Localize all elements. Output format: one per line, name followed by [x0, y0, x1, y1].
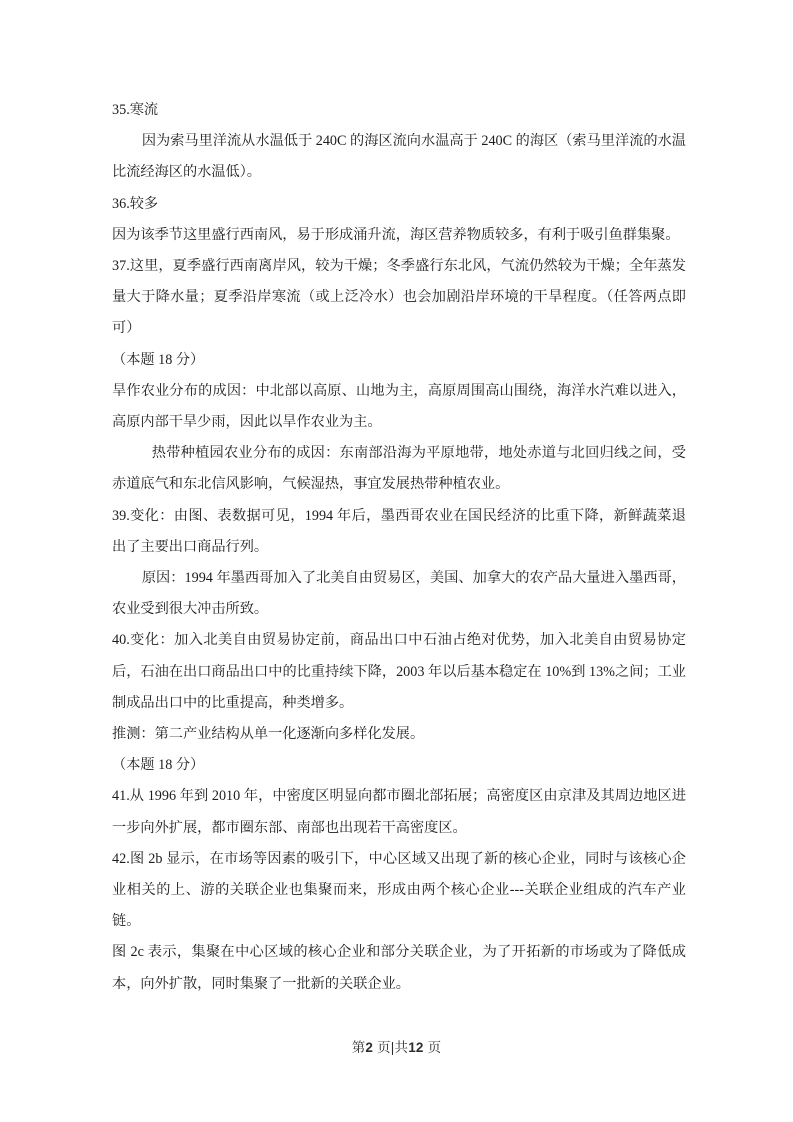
answer-paragraph: 35.寒流: [112, 95, 686, 126]
answer-paragraph: 热带种植园农业分布的成因：东南部沿海为平原地带，地处赤道与北回归线之间，受赤道底…: [112, 438, 686, 500]
footer-page-number: 2: [365, 1040, 373, 1055]
answer-paragraph: 旱作农业分布的成因：中北部以高原、山地为主，高原周围高山围绕，海洋水汽难以进入，…: [112, 376, 686, 438]
footer-suffix: 页: [424, 1040, 442, 1055]
answer-paragraph: 42.图 2b 显示，在市场等因素的吸引下，中心区域又出现了新的核心企业，同时与…: [112, 844, 686, 938]
answer-paragraph: 37.这里，夏季盛行西南离岸风，较为干燥；冬季盛行东北风，气流仍然较为干燥；全年…: [112, 251, 686, 345]
answer-paragraph: 图 2c 表示，集聚在中心区域的核心企业和部分关联企业，为了开拓新的市场或为了降…: [112, 937, 686, 999]
answer-paragraph: 36.较多: [112, 189, 686, 220]
page-footer: 第2 页|共12 页: [0, 1036, 793, 1056]
footer-prefix: 第: [352, 1040, 366, 1055]
answer-paragraph: （本题 18 分）: [112, 750, 686, 781]
answer-paragraph: （本题 18 分）: [112, 345, 686, 376]
answer-paragraph: 推测：第二产业结构从单一化逐渐向多样化发展。: [112, 719, 686, 750]
answer-paragraph: 41.从 1996 年到 2010 年，中密度区明显向都市圈北部拓展；高密度区由…: [112, 781, 686, 843]
answer-paragraph: 因为该季节这里盛行西南风，易于形成涌升流，海区营养物质较多，有利于吸引鱼群集聚。: [112, 220, 686, 251]
footer-middle: 页|共: [373, 1040, 408, 1055]
answer-paragraph: 39.变化：由图、表数据可见，1994 年后，墨西哥农业在国民经济的比重下降，新…: [112, 501, 686, 563]
document-body: 35.寒流因为索马里洋流从水温低于 240C 的海区流向水温高于 240C 的海…: [112, 95, 686, 1000]
document-page: 35.寒流因为索马里洋流从水温低于 240C 的海区流向水温高于 240C 的海…: [0, 0, 793, 1122]
answer-paragraph: 原因：1994 年墨西哥加入了北美自由贸易区，美国、加拿大的农产品大量进入墨西哥…: [112, 563, 686, 625]
answer-paragraph: 因为索马里洋流从水温低于 240C 的海区流向水温高于 240C 的海区（索马里…: [112, 126, 686, 188]
footer-total-pages: 12: [408, 1040, 423, 1055]
answer-paragraph: 40.变化：加入北美自由贸易协定前，商品出口中石油占绝对优势，加入北美自由贸易协…: [112, 625, 686, 719]
